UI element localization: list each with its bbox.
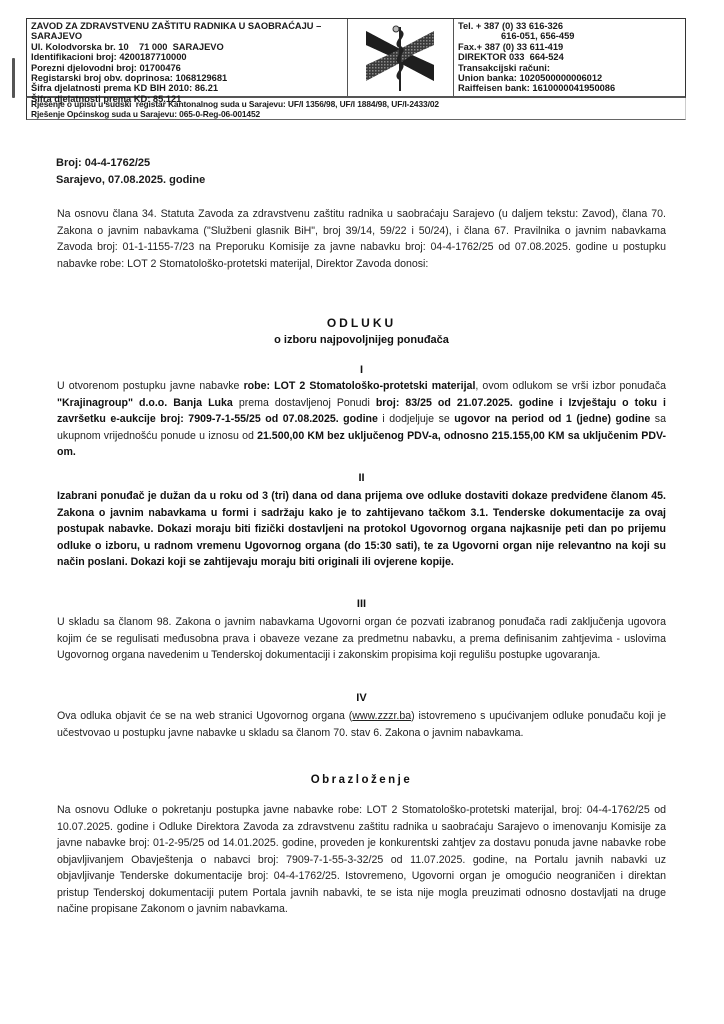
activity-code-2010: Šifra djelatnosti prema KD BIH 2010: 86.… [31, 83, 351, 93]
text-run: U skladu sa članom 98. Zakona o javnim n… [57, 616, 666, 661]
id-number: Identifikacioni broj: 4200187710000 [31, 52, 351, 62]
municipal-court-registry: Rješenje Općinskog suda u Sarajevu: 065-… [31, 110, 681, 120]
fax: Fax.+ 387 (0) 33 611-419 [458, 42, 688, 52]
section-numeral-4: IV [57, 692, 666, 704]
contribution-number: Registarski broj obv. doprinosa: 1068129… [31, 73, 351, 83]
document-meta: Broj: 04-4-1762/25 Sarajevo, 07.08.2025.… [56, 155, 205, 189]
phone: Tel. + 387 (0) 33 616-326 [458, 21, 688, 31]
section-numeral-1: I [57, 364, 666, 376]
text-run: Ova odluka objavit će se na web stranici… [57, 710, 352, 722]
director-phone: DIREKTOR 033 664-524 [458, 52, 688, 62]
bold-text-run: Izabrani ponuđač je dužan da u roku od 3… [57, 490, 666, 568]
text-run: i dodjeljuje se [378, 413, 454, 425]
explanation-text: Na osnovu Odluke o pokretanju postupka j… [57, 802, 666, 918]
contact-info: Tel. + 387 (0) 33 616-326 616-051, 656-4… [458, 21, 688, 94]
institution-name-line-1: ZAVOD ZA ZDRAVSTVENU ZAŠTITU RADNIKA U S… [31, 21, 351, 31]
document-number: Broj: 04-4-1762/25 [56, 155, 205, 172]
text-run: prema dostavljenoj Ponudi [233, 397, 376, 409]
bold-text-run: "Krajinagroup" d.o.o. Banja Luka [57, 397, 233, 409]
institution-name-line-2: SARAJEVO [31, 31, 351, 41]
website-link[interactable]: www.zzzr.ba [352, 710, 411, 722]
letterhead: ZAVOD ZA ZDRAVSTVENU ZAŠTITU RADNIKA U S… [26, 18, 686, 98]
decision-subtitle: o izboru najpovoljnijeg ponuđača [57, 334, 666, 346]
institution-info: ZAVOD ZA ZDRAVSTVENU ZAŠTITU RADNIKA U S… [31, 21, 351, 104]
accounts-label: Transakcijski računi: [458, 63, 688, 73]
document-date: Sarajevo, 07.08.2025. godine [56, 172, 205, 189]
address: Ul. Kolodvorska br. 10 71 000 SARAJEVO [31, 42, 351, 52]
section-2-text: Izabrani ponuđač je dužan da u roku od 3… [57, 488, 666, 571]
union-bank-account: Union banka: 1020500000006012 [458, 73, 688, 83]
section-3-text: U skladu sa članom 98. Zakona o javnim n… [57, 614, 666, 664]
section-numeral-3: III [57, 598, 666, 610]
text-run: U otvorenom postupku javne nabavke [57, 380, 244, 392]
bold-text-run: robe: LOT 2 Stomatološko-protetski mater… [244, 380, 476, 392]
scan-margin-mark [12, 58, 15, 98]
logo [347, 19, 454, 97]
section-4-text: Ova odluka objavit će se na web stranici… [57, 708, 666, 741]
text-run: , ovom odlukom se vrši izbor ponuđača [475, 380, 666, 392]
registry-info: Rješenje o upisu u sudski registar Kanto… [26, 98, 686, 120]
bold-text-run: ugovor na period od 1 (jedne) godine [454, 413, 650, 425]
tax-number: Porezni djelovodni broj: 01700476 [31, 63, 351, 73]
explanation-title: Obrazloženje [57, 774, 666, 786]
raiffeisen-account: Raiffeisen bank: 1610000041950086 [458, 83, 688, 93]
phone-extra: 616-051, 656-459 [458, 31, 688, 41]
section-numeral-2: II [57, 472, 666, 484]
decision-title: ODLUKU [57, 316, 666, 330]
caduceus-cross-emblem-icon [348, 19, 453, 97]
section-1-text: U otvorenom postupku javne nabavke robe:… [57, 378, 666, 461]
intro-paragraph: Na osnovu člana 34. Statuta Zavoda za zd… [57, 206, 666, 272]
